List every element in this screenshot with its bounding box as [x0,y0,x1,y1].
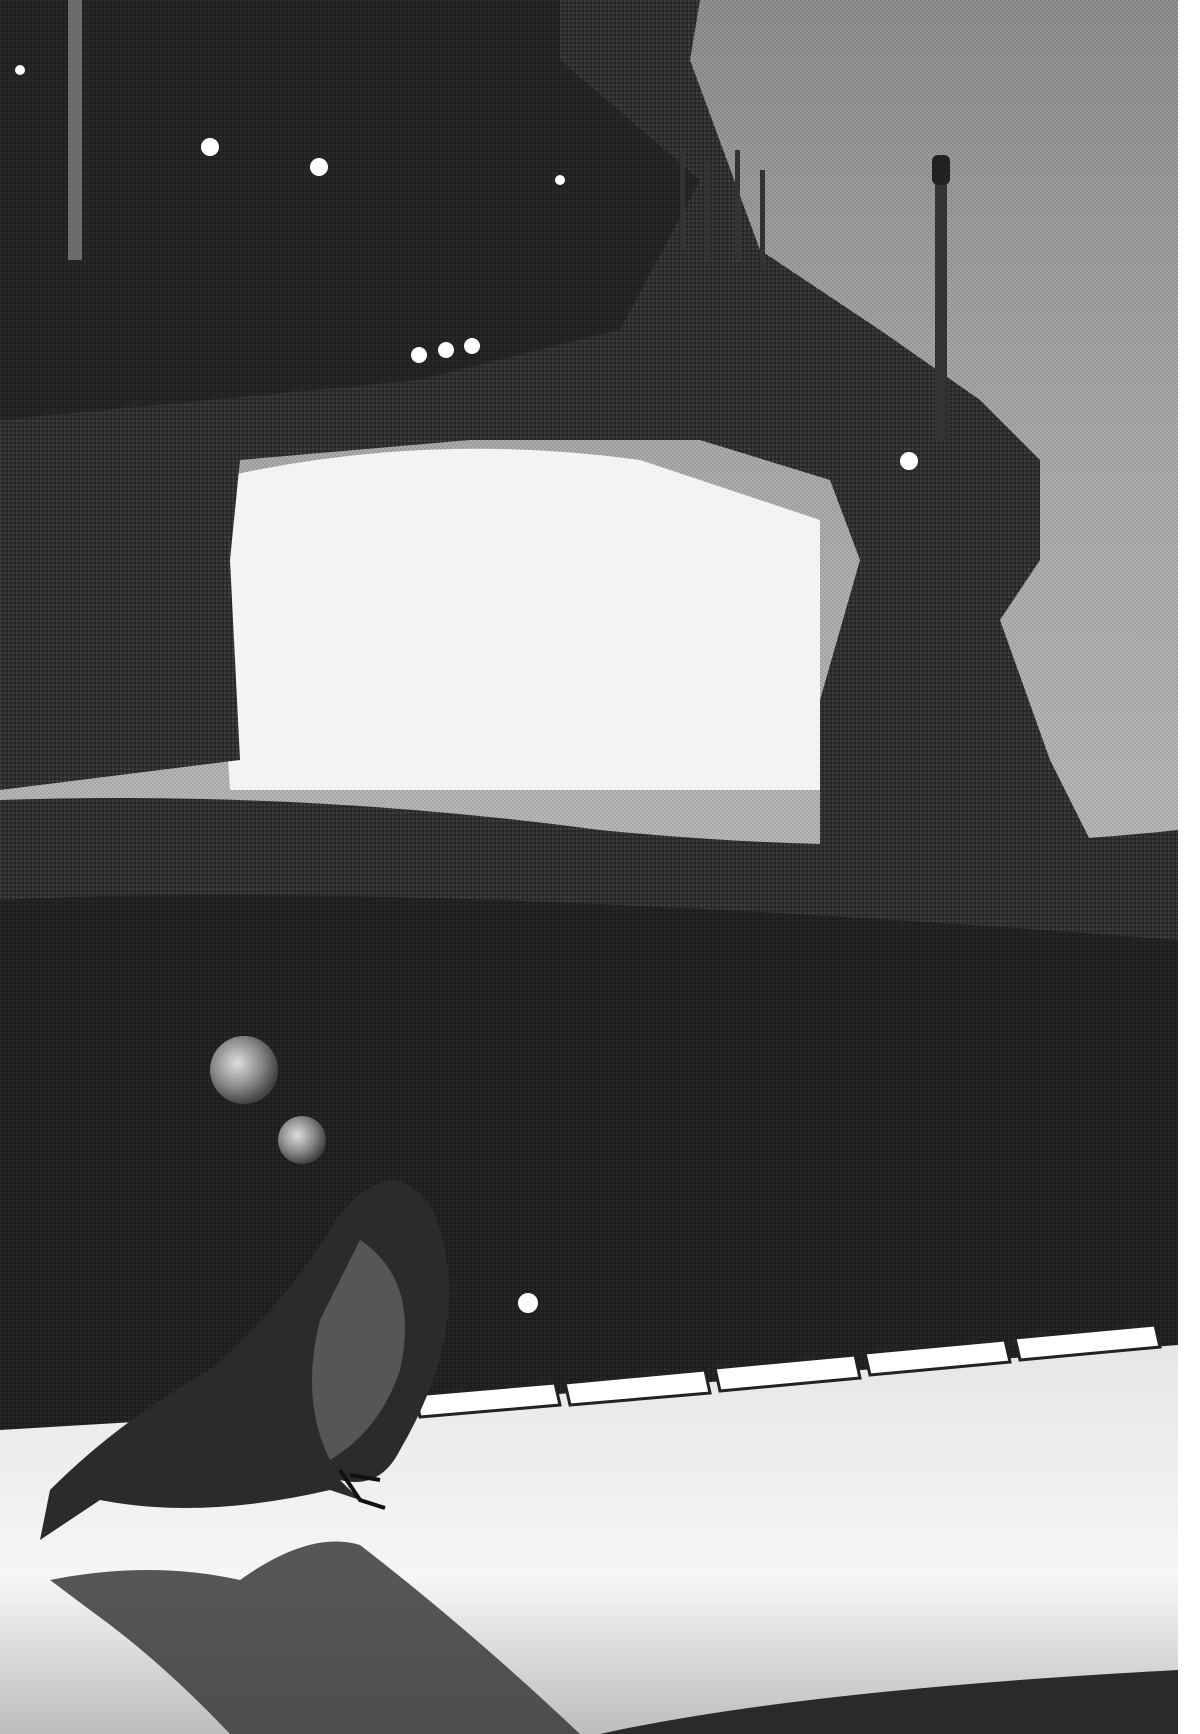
light [411,347,427,363]
bright-sky-gap [210,449,820,790]
light [438,342,454,358]
radio-antenna-tower [935,160,947,440]
light [464,338,480,354]
light [15,65,25,75]
page-margin [1178,0,1200,1734]
manga-illustration [0,0,1200,1734]
light [310,158,328,176]
light [201,138,219,156]
light [900,452,918,470]
light [555,175,565,185]
